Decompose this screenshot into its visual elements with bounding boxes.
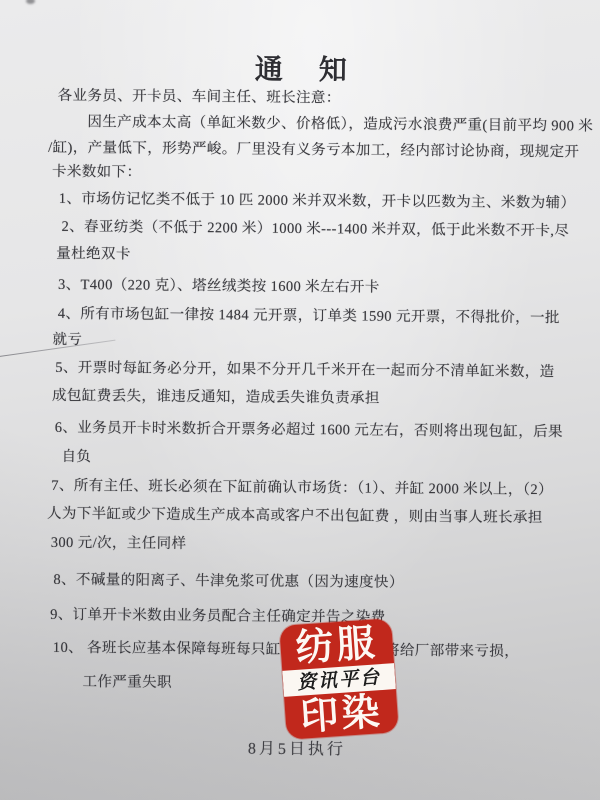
intro-line: 卡米数如下： (52, 160, 142, 182)
watermark-top-text: 纺服 (279, 618, 394, 671)
item-7-line: 7、所有主任、班长必须在下缸前确认市场货：（1）、并缸 2000 米以上，（2） (51, 474, 553, 499)
item-8-line: 8、不碱量的阳离子、牛津免浆可优惠（因为速度快） (53, 568, 404, 592)
notice-photo: 通 知 各业务员、开卡员、车间主任、班长注意： 因生产成本太高（单缸米数少、价格… (0, 0, 600, 800)
item-6-line: 自负 (61, 445, 91, 466)
item-3-line: 3、T400（220 克）、塔丝绒类按 1600 米左右开卡 (58, 273, 380, 297)
intro-line: /缸)，产量低下，形势严峻。厂里没有义务亏本加工，经内部讨论协商，现规定开 (48, 136, 579, 162)
item-7-line: 300 元/次，主任同样 (51, 531, 187, 553)
item-6-line: 6、业务员开卡时米数折合开票务必超过 1600 元左右，否则将出现包缸，后果 (55, 416, 563, 441)
salutation-line: 各业务员、开卡员、车间主任、班长注意： (58, 84, 341, 107)
item-5-line: 成包缸费丢失，谁违反通知，造成丢失谁负责承担 (52, 384, 380, 408)
item-4-line: 就亏 (52, 328, 82, 349)
item-10-line: 工作严重失职 (82, 670, 172, 692)
item-1-line: 1、市场仿记忆类不低于 10 匹 2000 米并双米数，开卡以匹数为主、米数为辅… (59, 187, 576, 213)
item-4-line: 4、所有市场包缸一律按 1484 元开票，订单类 1590 元开票，不得批价，一… (58, 302, 560, 327)
item-7-line: 人为下半缸或少下造成生产成本高或客户不出包缸费 ，则由当事人班长承担 (47, 502, 543, 527)
watermark-logo: 纺服 资讯平台 印染 (279, 618, 399, 740)
item-2-line: 量杜绝双卡 (56, 242, 131, 264)
intro-line: 因生产成本太高（单缸米数少、价格低），造成污水浪费严重(目前平均 900 米 (87, 110, 593, 135)
watermark-bottom-text: 印染 (284, 689, 399, 740)
item-5-line: 5、开票时每缸务必分开，如果不分开几千米开在一起而分不清单缸米数，造 (55, 356, 555, 381)
item-2-line: 2、春亚纺类（不低于 2200 米）1000 米---1400 米并双，低于此米… (61, 215, 569, 240)
